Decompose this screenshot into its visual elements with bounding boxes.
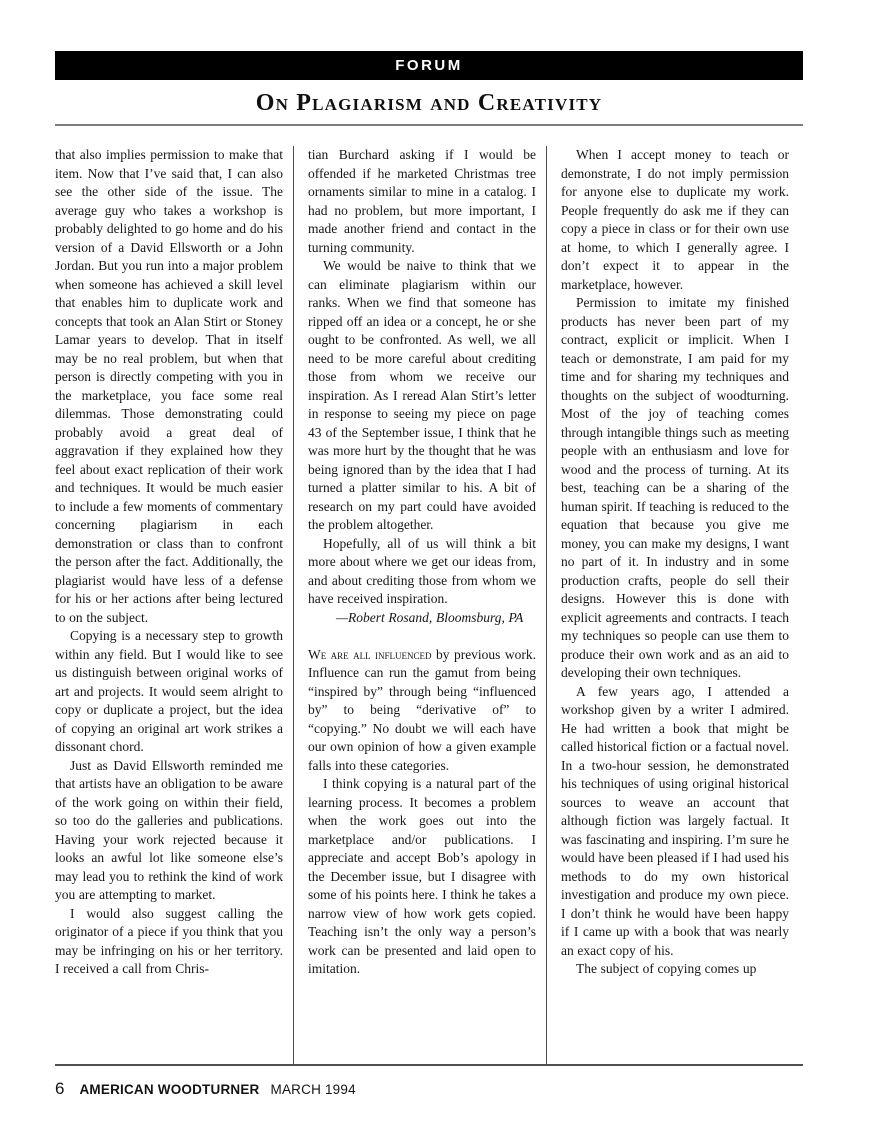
- page-content: FORUM On Plagiarism and Creativity that …: [55, 0, 803, 1099]
- letter-signature: —Robert Rosand, Bloomsburg, PA: [308, 609, 536, 628]
- column-3: When I accept money to teach or demonstr…: [546, 146, 789, 1064]
- paragraph: A few years ago, I attended a workshop g…: [561, 683, 789, 961]
- paragraph-text: by previous work. Influence can run the …: [308, 647, 536, 773]
- paragraph: Copying is a necessary step to growth wi…: [55, 627, 283, 757]
- article-columns: that also implies permission to make tha…: [55, 126, 803, 1064]
- column-1: that also implies permission to make tha…: [55, 146, 283, 1064]
- issue-date: MARCH 1994: [271, 1082, 356, 1097]
- lead-in-phrase: We are all influenced: [308, 647, 432, 662]
- forum-banner: FORUM: [55, 51, 803, 80]
- paragraph: I think copying is a natural part of the…: [308, 775, 536, 979]
- paragraph: The subject of copying comes up: [561, 960, 789, 979]
- paragraph: tian Burchard asking if I would be offen…: [308, 146, 536, 257]
- paragraph: I would also suggest calling the origina…: [55, 905, 283, 979]
- paragraph: Just as David Ellsworth reminded me that…: [55, 757, 283, 905]
- paragraph: that also implies permission to make tha…: [55, 146, 283, 627]
- paragraph: We are all influenced by previous work. …: [308, 646, 536, 776]
- page-footer: 6 AMERICAN WOODTURNER MARCH 1994: [55, 1079, 803, 1099]
- page-number: 6: [55, 1079, 64, 1099]
- magazine-name: AMERICAN WOODTURNER: [79, 1082, 259, 1097]
- paragraph: We would be naive to think that we can e…: [308, 257, 536, 535]
- paragraph: Hopefully, all of us will think a bit mo…: [308, 535, 536, 609]
- paragraph: When I accept money to teach or demonstr…: [561, 146, 789, 294]
- forum-banner-label: FORUM: [395, 57, 463, 74]
- magazine-page: FORUM On Plagiarism and Creativity that …: [0, 0, 876, 1133]
- paragraph: Permission to imitate my finished produc…: [561, 294, 789, 683]
- footer-rule: [55, 1064, 803, 1066]
- article-title: On Plagiarism and Creativity: [55, 89, 803, 117]
- column-2: tian Burchard asking if I would be offen…: [293, 146, 536, 1064]
